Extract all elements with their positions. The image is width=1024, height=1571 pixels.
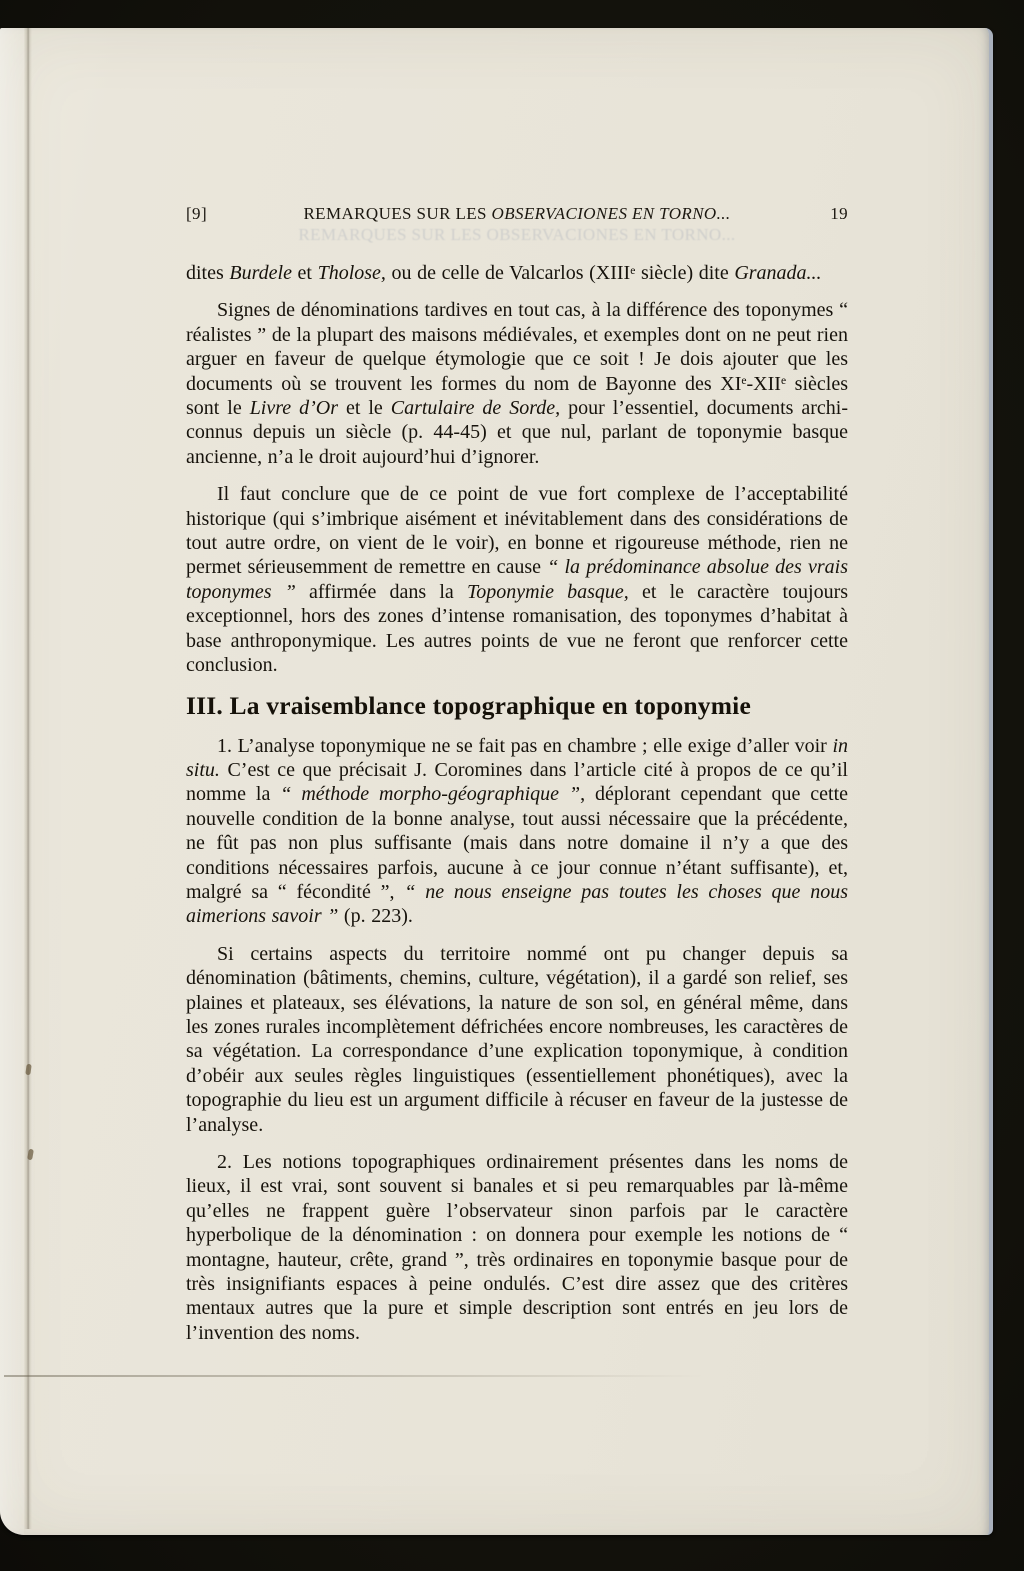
- body-paragraphs-lower: 1. L’analyse toponymique ne se fait pas …: [186, 734, 848, 1346]
- facing-page-edge: [0, 28, 24, 1535]
- page-number: 19: [778, 204, 848, 224]
- paragraph: Si certains aspects du territoire nommé …: [186, 942, 848, 1137]
- running-title: REMARQUES SUR LES OBSERVACIONES EN TORNO…: [256, 204, 778, 224]
- paragraph: Il faut conclure que de ce point de vue …: [186, 482, 848, 677]
- paragraph: 1. L’analyse toponymique ne se fait pas …: [186, 734, 848, 929]
- binding-stitch: [27, 1149, 34, 1161]
- paragraph: dites Burdele et Tholose, ou de celle de…: [186, 261, 848, 285]
- header-section-marker: [9]: [186, 204, 256, 224]
- paragraph: 2. Les notions topographiques ordinairem…: [186, 1150, 848, 1345]
- section-heading: III. La vraisemblance topographique en t…: [186, 691, 848, 721]
- paragraph: Signes de dénominations tardives en tout…: [186, 298, 848, 469]
- running-header: [9] REMARQUES SUR LES OBSERVACIONES EN T…: [186, 204, 848, 224]
- running-title-roman: REMARQUES SUR LES: [303, 204, 491, 223]
- running-title-italic: OBSERVACIONES EN TORNO...: [492, 204, 731, 223]
- page-crease-line: [4, 1375, 704, 1377]
- page-content: dites Burdele et Tholose, ou de celle de…: [186, 261, 848, 1358]
- scan-background: [9] REMARQUES SUR LES OBSERVACIONES EN T…: [0, 0, 1024, 1571]
- body-paragraphs-upper: dites Burdele et Tholose, ou de celle de…: [186, 261, 848, 678]
- book-gutter-crease: [24, 28, 32, 1529]
- showthrough-ghost-text: REMARQUES SUR LES OBSERVACIONES EN TORNO…: [186, 225, 848, 245]
- book-page: [9] REMARQUES SUR LES OBSERVACIONES EN T…: [0, 28, 993, 1535]
